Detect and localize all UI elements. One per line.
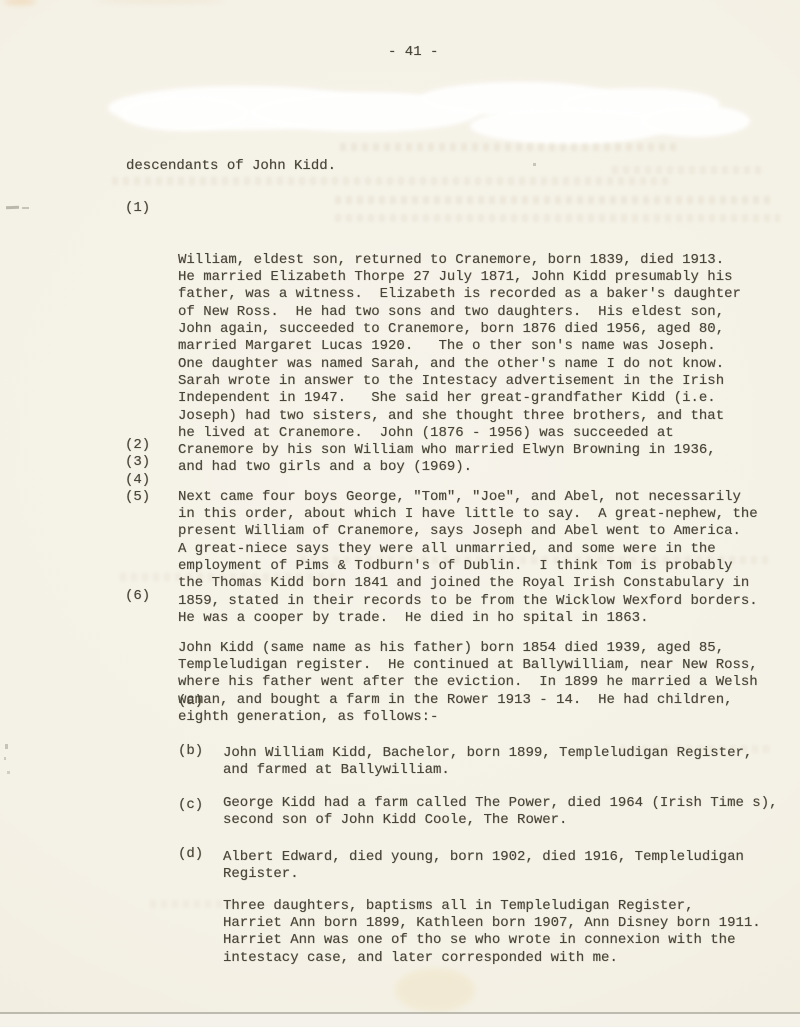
page-heading: descendants of John Kidd.	[126, 158, 336, 175]
margin-dash-mark	[6, 206, 19, 209]
heading-side-speck	[533, 163, 536, 166]
margin-speck	[5, 744, 8, 749]
whiteout-blob	[120, 95, 250, 131]
scanned-typewritten-page: - 41 - descendants of John Kidd. (1) Wil…	[0, 0, 800, 1026]
margin-speck	[7, 771, 10, 774]
below-fold-strip	[0, 1014, 800, 1027]
paragraph-marker: (1)	[125, 200, 150, 217]
top-edge-smudge	[4, 0, 36, 5]
subparagraph-marker: (c)	[178, 797, 203, 814]
subparagraph-marker: (d)	[178, 846, 203, 863]
subparagraph-d: (d) Three daughters, baptisms all in Tem…	[178, 846, 783, 1002]
subparagraph-marker: (b)	[178, 743, 203, 760]
whiteout-blob	[470, 108, 670, 144]
top-edge-smudge	[95, 0, 225, 3]
paragraph-marker: (2) (3) (4) (5)	[125, 437, 150, 506]
bottom-tan-smudge	[395, 968, 475, 1012]
paragraph-marker: (6)	[125, 588, 150, 605]
margin-dash-mark	[22, 207, 29, 209]
subparagraph-marker: (a)	[178, 693, 203, 710]
subparagraph-text: Three daughters, baptisms all in Templel…	[223, 898, 783, 967]
margin-speck	[4, 757, 6, 760]
ghost-bleedthrough-line	[612, 166, 762, 174]
ghost-bleedthrough-line	[112, 177, 672, 185]
whiteout-blob	[640, 105, 750, 137]
page-number: - 41 -	[388, 44, 438, 61]
ghost-bleedthrough-line	[340, 143, 680, 151]
